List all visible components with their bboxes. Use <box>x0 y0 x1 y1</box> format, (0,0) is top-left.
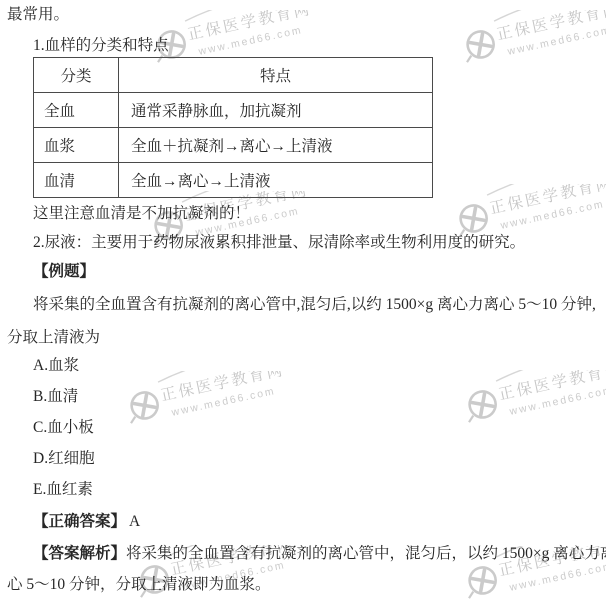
watermark-url: www.med66.com <box>508 384 606 418</box>
watermark-brand: 正保医学教育网 <box>495 10 606 44</box>
analysis-line-1: 【答案解析】将采集的全血置含有抗凝剂的离心管中，混匀后，以约 1500×g 离心… <box>33 543 606 564</box>
table-row: 血清 全血→离心→上清液 <box>34 163 433 198</box>
watermark-url: www.med66.com <box>506 24 606 58</box>
column-header-feature: 特点 <box>119 58 433 93</box>
watermark: 正保医学教育网 www.med66.com <box>123 371 301 435</box>
question-line-1: 将采集的全血置含有抗凝剂的离心管中,混匀后,以约 1500×g 离心力离心 5～… <box>33 294 596 315</box>
watermark-brand: 正保医学教育网 <box>497 370 606 404</box>
analysis-line-2: 心 5～10 分钟，分取上清液即为血浆。 <box>7 574 271 595</box>
table-cell-category: 血浆 <box>34 128 119 163</box>
watermark-url: www.med66.com <box>197 24 304 58</box>
med66-logo-icon <box>125 389 161 423</box>
intro-text: 最常用。 <box>7 4 69 25</box>
section2-text: 2.尿液：主要用于药物尿液累积排泄量、尿清除率或生物利用度的研究。 <box>33 232 525 253</box>
watermark-brand: 正保医学教育网 <box>488 184 606 218</box>
table-row: 全血 通常采静脉血，加抗凝剂 <box>34 93 433 128</box>
swoosh-line <box>156 371 290 386</box>
watermark: 正保医学教育网 www.med66.com <box>461 370 606 434</box>
option-c: C.血小板 <box>33 417 94 438</box>
watermark: 正保医学教育网 www.med66.com <box>459 10 606 74</box>
watermark-url: www.med66.com <box>170 385 277 419</box>
option-e: E.血红素 <box>33 479 93 500</box>
correct-answer-line: 【正确答案】A <box>33 511 140 532</box>
column-header-category: 分类 <box>34 58 119 93</box>
question-line-2: 分取上清液为 <box>7 327 100 348</box>
note-text: 这里注意血清是不加抗凝剂的！ <box>33 203 250 224</box>
analysis-label: 【答案解析】 <box>33 545 126 562</box>
swoosh-line <box>492 10 606 25</box>
option-a: A.血浆 <box>33 355 79 376</box>
watermark-url: www.med66.com <box>508 560 606 594</box>
watermark-brand: 正保医学教育网 <box>159 371 286 405</box>
table-cell-category: 全血 <box>34 93 119 128</box>
swoosh-line <box>485 184 606 199</box>
document-page: 正保医学教育网 www.med66.com 正保医学教育网 www.med66.… <box>0 0 606 602</box>
table-cell-feature: 全血→离心→上清液 <box>119 163 433 198</box>
med66-logo-icon <box>461 28 497 62</box>
correct-answer-label: 【正确答案】 <box>33 513 126 530</box>
table-cell-feature: 全血＋抗凝剂→离心→上清液 <box>119 128 433 163</box>
option-d: D.红细胞 <box>33 448 95 469</box>
analysis-text-part1: 将采集的全血置含有抗凝剂的离心管中，混匀后，以约 1500×g 离心力离 <box>126 545 606 562</box>
table-row: 血浆 全血＋抗凝剂→离心→上清液 <box>34 128 433 163</box>
swoosh-line <box>494 370 606 385</box>
med66-logo-icon <box>463 564 499 598</box>
watermark-url: www.med66.com <box>499 198 606 232</box>
table-cell-category: 血清 <box>34 163 119 198</box>
example-header: 【例题】 <box>33 261 95 282</box>
table-cell-feature: 通常采静脉血，加抗凝剂 <box>119 93 433 128</box>
correct-answer-value: A <box>129 513 140 530</box>
section1-title: 1.血样的分类和特点 <box>33 35 169 56</box>
option-b: B.血清 <box>33 386 78 407</box>
med66-logo-icon <box>463 388 499 422</box>
watermark-brand: 正保医学教育网 <box>186 10 313 44</box>
blood-sample-table: 分类 特点 全血 通常采静脉血，加抗凝剂 血浆 全血＋抗凝剂→离心→上清液 血清… <box>33 57 433 198</box>
swoosh-line <box>183 10 317 25</box>
table-header-row: 分类 特点 <box>34 58 433 93</box>
